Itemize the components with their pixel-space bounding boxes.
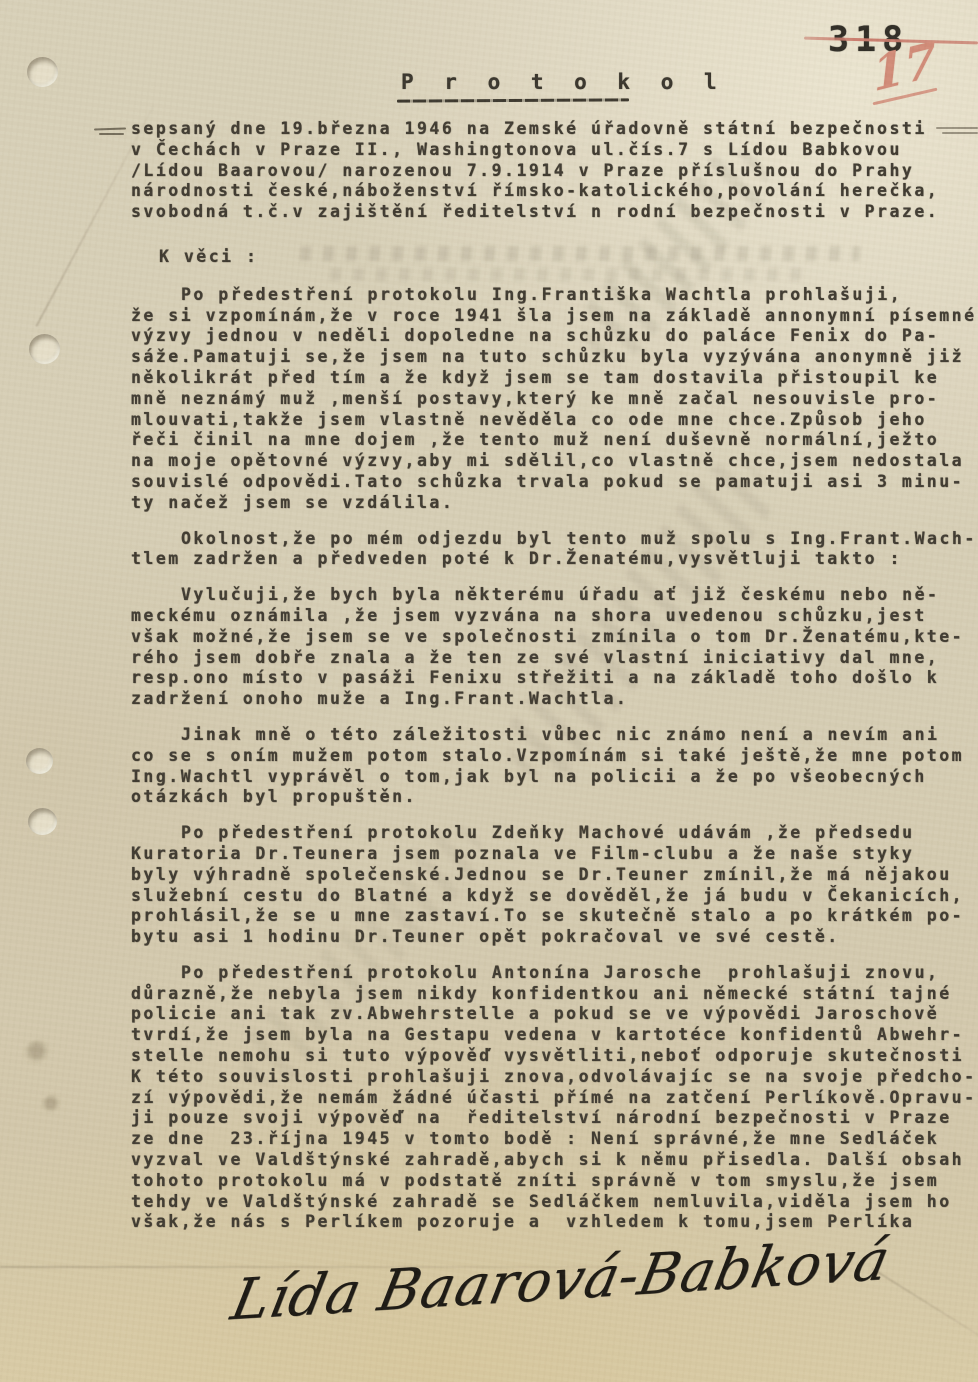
typewritten-line: že si vzpomínám,že v roce 1941 šla jsem … (131, 306, 978, 327)
typewritten-line: tohoto protokolu má v podstatě zníti spr… (131, 1171, 978, 1192)
paper-crease (872, 1268, 978, 1354)
typewritten-line: tvrdí,že jsem byla na Gestapu vedena v k… (131, 1025, 978, 1046)
typewritten-line: několikrát před tím a že když jsem se ta… (131, 368, 978, 389)
typewritten-line: zadržení onoho muže a Ing.Frant.Wachtla. (131, 689, 978, 710)
punch-hole (29, 334, 60, 364)
punch-hole (26, 748, 53, 774)
typewritten-line: K této souvislosti prohlašuji znova,odvo… (131, 1067, 978, 1088)
typewritten-line: mně neznámý muž ,menší postavy,který ke … (131, 389, 978, 410)
typewritten-line: souvislé odpovědi.Tato schůzka trvala po… (131, 472, 978, 493)
typewritten-line: policie ani tak zv.Abwehrstelle a pokud … (131, 1004, 978, 1025)
punch-hole (27, 57, 58, 87)
typewritten-line: byly výhradně společenské.Jednou se Dr.T… (131, 865, 978, 886)
margin-mark (94, 127, 126, 130)
typewritten-line: výzvy jednou v neděli dopoledne na schůz… (131, 326, 978, 347)
typewritten-line: Po předestření protokolu Antonína Jarosc… (131, 963, 978, 984)
typewritten-line: Vylučuji,že bych byla některému úřadu ať… (131, 585, 978, 606)
typewritten-line: co se s oním mužem potom stalo.Vzpomínám… (131, 746, 978, 767)
typewritten-line: stelle nemohu si tuto výpověď vysvětliti… (131, 1046, 978, 1067)
typewritten-line: důrazně,že nebyla jsem nikdy konfidentko… (131, 984, 978, 1005)
typewritten-line: prohlásil,že se u mne zastaví.To se skut… (131, 906, 978, 927)
subject-heading: K věci : (131, 247, 978, 268)
title-underline (397, 98, 629, 102)
typewritten-line: zí výpovědi,že nemám žádné účasti přímé … (131, 1088, 978, 1109)
document-title: P r o t o k o l (401, 70, 726, 94)
typewritten-line: /Lídou Baarovou/ narozenou 7.9.1914 v Pr… (131, 161, 978, 182)
typewritten-line: tehdy ve Valdštýnské zahradě se Sedláčke… (131, 1192, 978, 1213)
typewritten-line: vyzval ve Valdštýnské zahradě,abych si k… (131, 1150, 978, 1171)
typewritten-line: národnosti české,náboženství římsko-kato… (131, 181, 978, 202)
typewritten-line: ji pouze svoji výpověď na ředitelství ná… (131, 1108, 978, 1129)
opening-paragraph: sepsaný dne 19.března 1946 na Zemské úřa… (131, 119, 978, 223)
typewritten-line: sáže.Pamatuji se,že jsem na tuto schůzku… (131, 347, 978, 368)
paper-blemish (36, 1091, 67, 1117)
paragraph: Po předestření protokolu Zdeňky Machové … (131, 823, 978, 948)
scanned-protocol-page: 318 17 P r o t o k o l sepsaný dne 19.bř… (0, 0, 978, 1382)
paragraph: Jinak mně o této záležitosti vůbec nic z… (131, 725, 978, 808)
typewritten-line: ty načež jsem se vzdálila. (131, 493, 978, 514)
typewritten-line: služební cestu do Blatné a když se dověd… (131, 886, 978, 907)
typewritten-line: v Čechách v Praze II., Washingtonova ul.… (131, 140, 978, 161)
typewritten-line: Jinak mně o této záležitosti vůbec nic z… (131, 725, 978, 746)
typewritten-line: tlem zadržen a předveden poté k Dr.Ženat… (131, 549, 978, 570)
typewritten-line: sepsaný dne 19.března 1946 na Zemské úřa… (131, 119, 978, 140)
paragraph: Vylučuji,že bych byla některému úřadu ať… (131, 585, 978, 710)
typewritten-line: Ing.Wachtl vyprávěl o tom,jak byl na pol… (131, 767, 978, 788)
typewritten-line: Po předestření protokolu Zdeňky Machové … (131, 823, 978, 844)
typewritten-line: Po předestření protokolu Ing.Františka W… (131, 285, 978, 306)
document-body: sepsaný dne 19.března 1946 na Zemské úřa… (131, 119, 978, 1248)
typewritten-line: řeči činil na mne dojem ,že tento muž ne… (131, 430, 978, 451)
paragraphs: Po předestření protokolu Ing.Františka W… (131, 285, 978, 1233)
paragraph: Okolnost,že po mém odjezdu byl tento muž… (131, 529, 978, 571)
typewritten-line: Kuratoria Dr.Teunera jsem poznala ve Fil… (131, 844, 978, 865)
typewritten-line: otázkách byl propuštěn. (131, 787, 978, 808)
typewritten-line: však možné,že jsem se ve společnosti zmí… (131, 627, 978, 648)
typewritten-line: Okolnost,že po mém odjezdu byl tento muž… (131, 529, 978, 550)
typewritten-line: ze dne 23.října 1945 v tomto bodě : Není… (131, 1129, 978, 1150)
paper-tear (17, 1035, 57, 1069)
typewritten-line: meckému oznámila ,že jsem vyzvána na sho… (131, 606, 978, 627)
typewritten-line: svobodná t.č.v zajištění ředitelství n r… (131, 202, 978, 223)
paragraph: Po předestření protokolu Antonína Jarosc… (131, 963, 978, 1233)
typewritten-line: na moje opětovné výzvy,aby mi sdělil,co … (131, 451, 978, 472)
punch-hole (28, 808, 57, 835)
typewritten-line: bytu asi 1 hodinu Dr.Teuner opět pokračo… (131, 927, 978, 948)
typewritten-line: resp.ono místo v pasáži Fenixu střežiti … (131, 668, 978, 689)
typewritten-line: mlouvati,takže jsem vlastně nevěděla co … (131, 410, 978, 431)
margin-mark (99, 133, 124, 135)
paragraph: Po předestření protokolu Ing.Františka W… (131, 285, 978, 514)
typewritten-line: rého jsem dobře znala a že ten ze své vl… (131, 648, 978, 669)
